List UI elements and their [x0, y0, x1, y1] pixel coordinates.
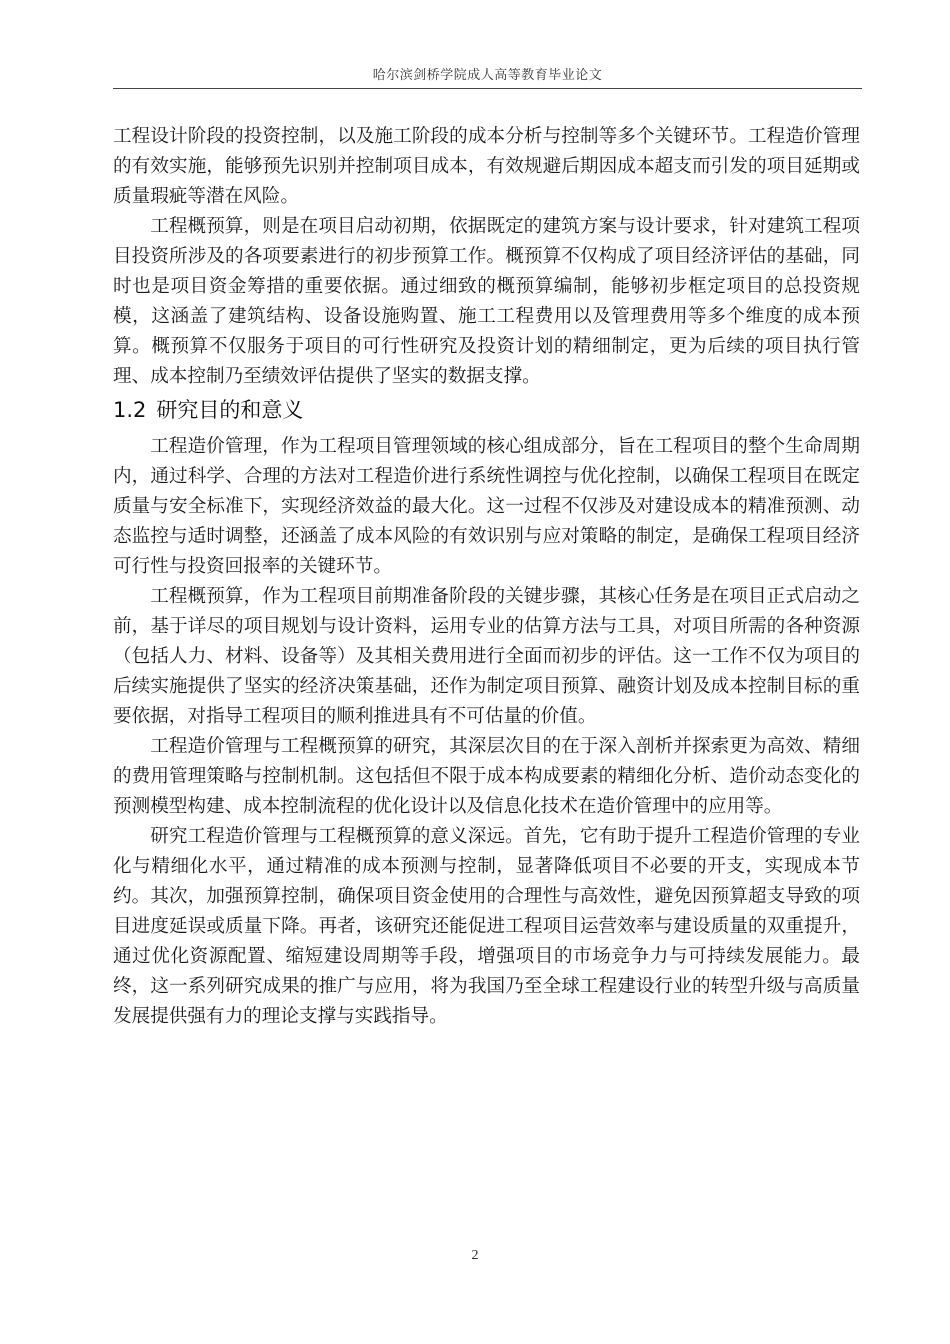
header-rule [113, 88, 862, 89]
running-header: 哈尔滨剑桥学院成人高等教育毕业论文 [113, 64, 862, 83]
paragraph-research-significance: 研究工程造价管理与工程概预算的意义深远。首先，它有助于提升工程造价管理的专业化与… [113, 822, 860, 1032]
paragraph-research-purpose: 工程造价管理与工程概预算的研究，其深层次目的在于深入剖析并探索更为高效、精细的费… [113, 732, 860, 822]
section-title: 研究目的和意义 [156, 398, 303, 422]
paragraph-budget-estimation: 工程概预算，作为工程项目前期准备阶段的关键步骤，其核心任务是在项目正式启动之前，… [113, 582, 860, 732]
page-number: 2 [0, 1248, 950, 1264]
body-text: 工程设计阶段的投资控制，以及施工阶段的成本分析与控制等多个关键环节。工程造价管理… [113, 122, 860, 1032]
section-heading: 1.2研究目的和意义 [113, 392, 860, 432]
paragraph-budget-definition: 工程概预算，则是在项目启动初期，依据既定的建筑方案与设计要求，针对建筑工程项目投… [113, 212, 860, 392]
paragraph-cost-management: 工程造价管理，作为工程项目管理领域的核心组成部分，旨在工程项目的整个生命周期内，… [113, 432, 860, 582]
paragraph-continued: 工程设计阶段的投资控制，以及施工阶段的成本分析与控制等多个关键环节。工程造价管理… [113, 122, 860, 212]
document-page: 哈尔滨剑桥学院成人高等教育毕业论文 工程设计阶段的投资控制，以及施工阶段的成本分… [0, 0, 950, 1344]
section-number: 1.2 [113, 398, 146, 422]
